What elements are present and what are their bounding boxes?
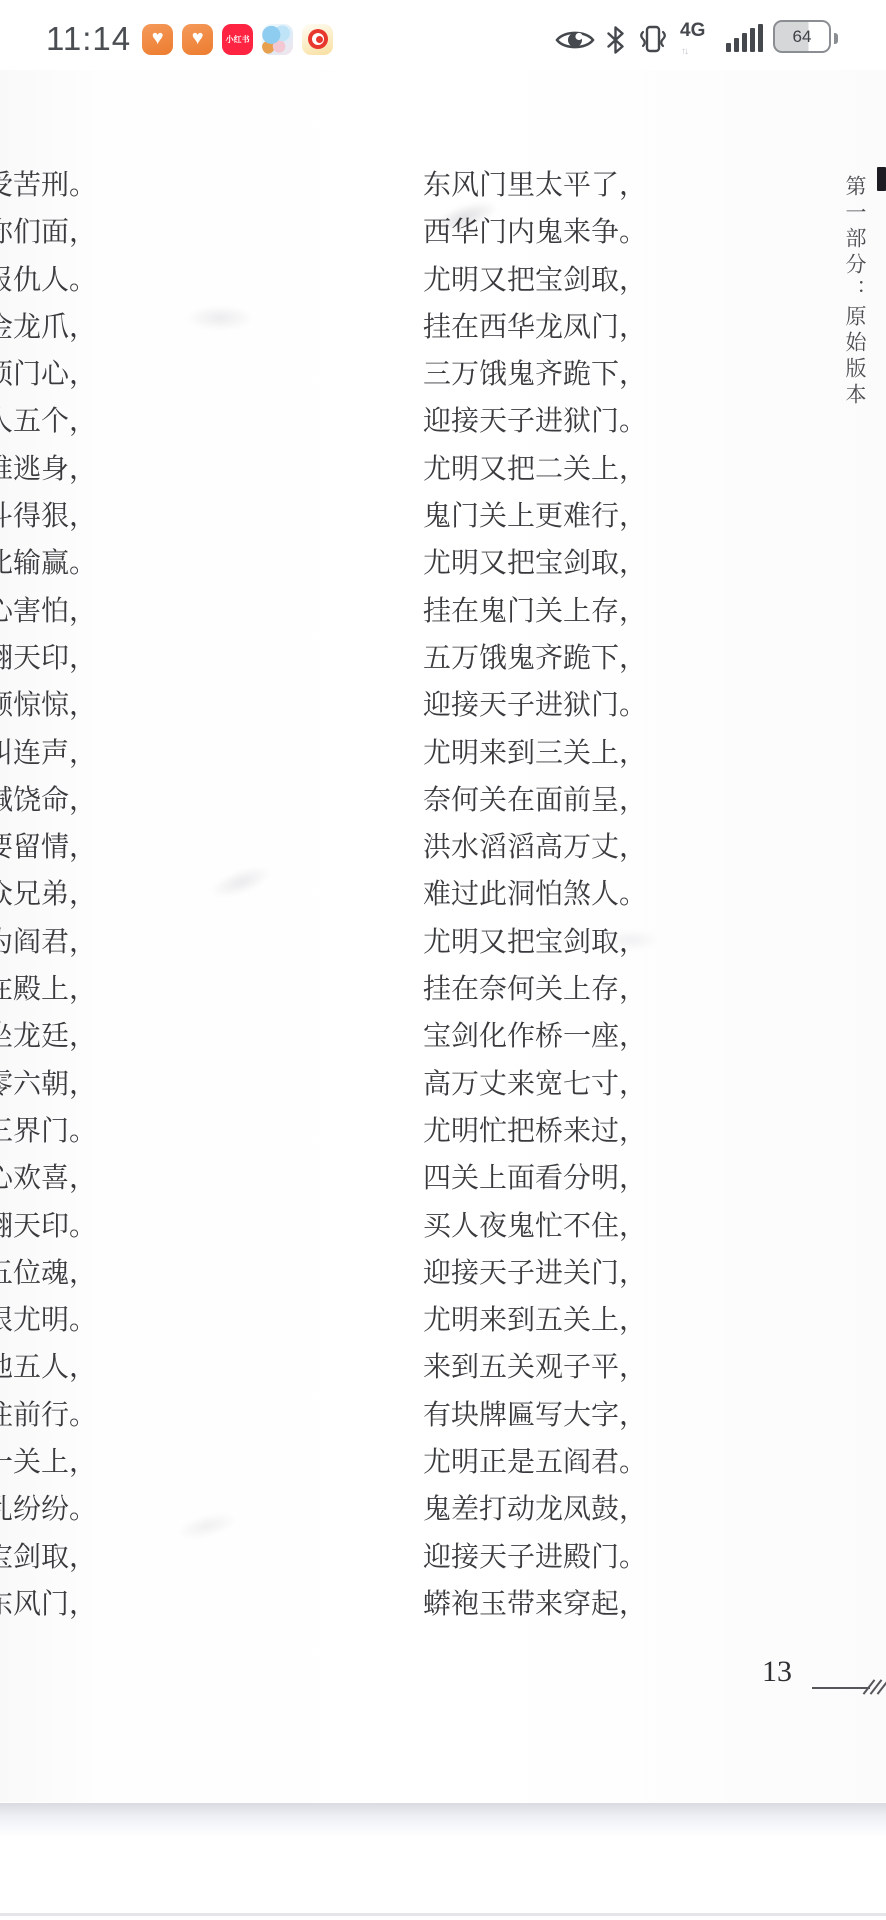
verse-line: 难逃身，	[0, 446, 97, 493]
verse-line: 迎接天子进关门，	[423, 1250, 647, 1297]
bluetooth-icon	[605, 26, 626, 54]
verse-line: 他五人，	[0, 1344, 97, 1391]
verse-line: 西华门内鬼来争。	[423, 209, 647, 256]
footer-rule	[812, 1687, 870, 1689]
eye-protection-icon	[555, 26, 595, 54]
verse-line: 蟒袍玉带来穿起，	[423, 1581, 647, 1628]
verse-line: 为阎君，	[0, 919, 97, 966]
scan-smudge	[206, 859, 276, 904]
xiaohongshu-label: 小红书	[226, 34, 250, 45]
verse-line: 洪水滔滔高万丈，	[423, 824, 647, 871]
verse-line: 鬼差打动龙凤鼓，	[423, 1486, 647, 1533]
page-number: 13	[762, 1655, 792, 1689]
verse-line: 翻天印。	[0, 1203, 97, 1250]
verse-line: 恨尤明。	[0, 1297, 97, 1344]
heart-app-notification-icon: ♥	[142, 24, 173, 55]
verse-line: 三万饿鬼齐跪下，	[423, 351, 647, 398]
verse-line: 斗得狠，	[0, 493, 97, 540]
verse-line: 迎接天子进狱门。	[423, 398, 647, 445]
page-divider-band	[0, 1803, 886, 1837]
verse-line: 难过此洞怕煞人。	[423, 871, 647, 918]
weibo-eye-icon	[308, 29, 328, 49]
verse-line: 喊饶命，	[0, 777, 97, 824]
verse-line: 比输赢。	[0, 540, 97, 587]
verse-line: 尤明来到五关上，	[423, 1297, 647, 1344]
battery-percent-label: 64	[793, 27, 812, 47]
verse-line: 四关上面看分明，	[423, 1155, 647, 1202]
battery-indicator: 64	[773, 20, 831, 53]
middle-column: 东风门里太平了，西华门内鬼来争。尤明又把宝剑取，挂在西华龙凤门，三万饿鬼齐跪下，…	[423, 162, 647, 1628]
data-arrows-icon: ↑↓	[681, 46, 687, 57]
status-bar-right: 4G ↑↓ 64	[555, 20, 838, 54]
verse-line: 东风门里太平了，	[423, 162, 647, 209]
signal-bars-icon	[726, 22, 763, 54]
verse-line: 有块牌匾写大字，	[423, 1392, 647, 1439]
scan-smudge	[173, 1507, 241, 1545]
verse-line: 你们面，	[0, 209, 97, 256]
verse-line: 顶门心，	[0, 351, 97, 398]
battery-terminal	[834, 33, 838, 44]
verse-line: 尤明又把宝剑取，	[423, 257, 647, 304]
verse-line: 奈何关在面前呈，	[423, 777, 647, 824]
verse-line: 挂在西华龙凤门，	[423, 304, 647, 351]
section-marker-vertical: 第一部分：原始版本	[840, 175, 870, 409]
verse-line: 一关上，	[0, 1439, 97, 1486]
verse-line: 鬼门关上更难行，	[423, 493, 647, 540]
verse-line: 颤惊惊，	[0, 682, 97, 729]
phone-screen: 11:14 ♥ ♥ 小红书	[0, 0, 886, 1920]
xiaohongshu-notification-icon: 小红书	[222, 24, 253, 55]
network-type-label: 4G	[680, 20, 705, 42]
verse-line: 在殿上，	[0, 966, 97, 1013]
verse-line: 尤明忙把桥来过，	[423, 1108, 647, 1155]
weibo-notification-icon	[302, 24, 333, 55]
verse-line: 东风门，	[0, 1581, 97, 1628]
verse-line: 三界门。	[0, 1108, 97, 1155]
verse-line: 乱纷纷。	[0, 1486, 97, 1533]
verse-line: 高万丈来宽七寸，	[423, 1061, 647, 1108]
verse-line: 迎接天子进殿门。	[423, 1534, 647, 1581]
verse-line: 金龙爪，	[0, 304, 97, 351]
heart-glyph-icon: ♥	[192, 28, 204, 48]
verse-line: 尤明正是五阎君。	[423, 1439, 647, 1486]
scan-smudge	[185, 305, 255, 331]
verse-line: 买人夜鬼忙不住，	[423, 1203, 647, 1250]
verse-line: 迎接天子进狱门。	[423, 682, 647, 729]
status-bar-left: 11:14 ♥ ♥ 小红书	[46, 20, 333, 58]
verse-line: 坐龙廷，	[0, 1013, 97, 1060]
vibrate-icon	[636, 24, 670, 54]
verse-line: 尤明又把宝剑取，	[423, 540, 647, 587]
verse-line: 零六朝，	[0, 1061, 97, 1108]
heart-glyph-icon: ♥	[152, 28, 164, 48]
verse-line: 宝剑化作桥一座，	[423, 1013, 647, 1060]
verse-line: 挂在奈何关上存，	[423, 966, 647, 1013]
verse-line: 心欢喜，	[0, 1155, 97, 1202]
book-page-scan[interactable]: 受苦刑。你们面，报仇人。金龙爪，顶门心，人五个，难逃身，斗得狠，比输赢。心害怕，…	[0, 70, 886, 1802]
left-column: 受苦刑。你们面，报仇人。金龙爪，顶门心，人五个，难逃身，斗得狠，比输赢。心害怕，…	[0, 162, 97, 1628]
verse-line: 挂在鬼门关上存，	[423, 588, 647, 635]
page-edge-tab-mark	[877, 167, 886, 191]
verse-line: 尤明又把宝剑取，	[423, 919, 647, 966]
verse-line: 翻天印，	[0, 635, 97, 682]
verse-line: 叫连声，	[0, 730, 97, 777]
verse-line: 尤明又把二关上，	[423, 446, 647, 493]
verse-line: 来到五关观子平，	[423, 1344, 647, 1391]
status-bar: 11:14 ♥ ♥ 小红书	[0, 0, 886, 70]
verse-line: 往前行。	[0, 1392, 97, 1439]
verse-line: 人五个，	[0, 398, 97, 445]
verse-line: 尤明来到三关上，	[423, 730, 647, 777]
heart-app-notification-icon-2: ♥	[182, 24, 213, 55]
verse-line: 五位魂，	[0, 1250, 97, 1297]
verse-line: 要留情，	[0, 824, 97, 871]
verse-line: 宝剑取，	[0, 1534, 97, 1581]
anime-avatar-notification-icon	[262, 24, 293, 55]
bottom-hairline	[0, 1913, 886, 1916]
network-type-indicator: 4G ↑↓	[680, 20, 716, 54]
clock: 11:14	[46, 20, 131, 58]
verse-line: 报仇人。	[0, 257, 97, 304]
verse-line: 心害怕，	[0, 588, 97, 635]
verse-line: 五万饿鬼齐跪下，	[423, 635, 647, 682]
verse-line: 众兄弟，	[0, 871, 97, 918]
verse-line: 受苦刑。	[0, 162, 97, 209]
